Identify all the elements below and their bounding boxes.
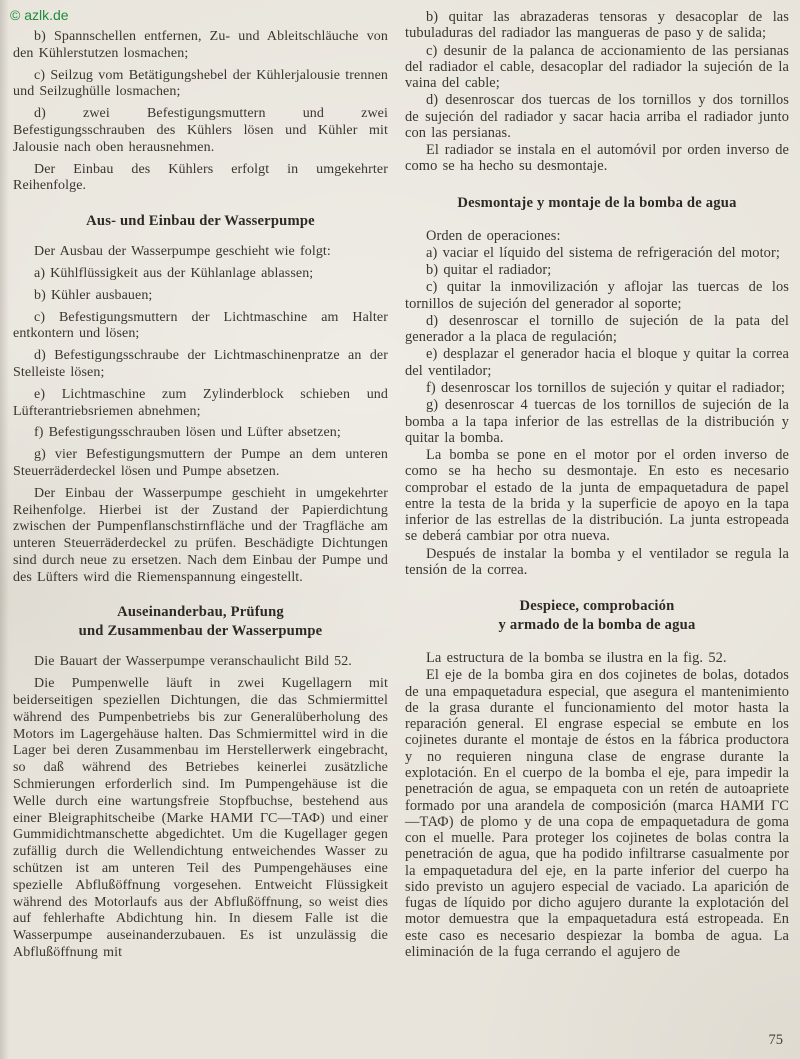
- body-paragraph: c) Befestigungsmuttern der Lichtmaschine…: [13, 310, 388, 344]
- body-paragraph: b) Spannschellen entfernen, Zu- und Able…: [13, 29, 388, 63]
- body-paragraph: g) vier Befestigungsmuttern der Pumpe an…: [13, 447, 388, 481]
- body-paragraph: g) desenroscar 4 tuercas de los tornillo…: [405, 397, 789, 446]
- section-heading: Desmontaje y montaje de la bomba de agua: [411, 194, 783, 213]
- manual-page: © azlk.de b) Spannschellen entfernen, Zu…: [0, 0, 800, 1059]
- section-heading: Aus- und Einbau der Wasserpumpe: [19, 212, 382, 231]
- section-heading: Despiece, comprobación y armado de la bo…: [411, 597, 783, 635]
- body-paragraph: c) quitar la inmovilización y aflojar la…: [405, 279, 789, 312]
- section-heading: Auseinanderbau, Prüfung und Zusammenbau …: [19, 603, 382, 641]
- body-paragraph: b) quitar el radiador;: [405, 262, 789, 278]
- body-paragraph: d) desenroscar el tornillo de sujeción d…: [405, 313, 789, 346]
- body-paragraph: a) vaciar el líquido del sistema de refr…: [405, 245, 789, 261]
- body-paragraph: Der Einbau des Kühlers erfolgt in umgeke…: [13, 162, 388, 196]
- body-paragraph: f) desenroscar los tornillos de sujeción…: [405, 380, 789, 396]
- body-paragraph: f) Befestigungsschrauben lösen und Lüfte…: [13, 425, 388, 442]
- body-paragraph: Después de instalar la bomba y el ventil…: [405, 546, 789, 579]
- body-paragraph: Der Einbau der Wasserpumpe geschieht in …: [13, 486, 388, 587]
- body-paragraph: a) Kühlflüssigkeit aus der Kühlanlage ab…: [13, 266, 388, 283]
- body-paragraph: e) desplazar el generador hacia el bloqu…: [405, 346, 789, 379]
- body-paragraph: Die Pumpenwelle läuft in zwei Kugellager…: [13, 676, 388, 962]
- body-paragraph: Die Bauart der Wasserpumpe veranschaulic…: [13, 654, 388, 671]
- body-paragraph: La bomba se pone en el motor por el orde…: [405, 447, 789, 545]
- page-number: 75: [769, 1032, 784, 1049]
- body-paragraph: El radiador se instala en el automóvil p…: [405, 142, 789, 175]
- body-paragraph: d) desenroscar dos tuercas de los tornil…: [405, 92, 789, 141]
- body-paragraph: d) Befestigungsschraube der Lichtmaschin…: [13, 348, 388, 382]
- body-paragraph: e) Lichtmaschine zum Zylinderblock schie…: [13, 387, 388, 421]
- two-column-text: b) Spannschellen entfernen, Zu- und Able…: [0, 0, 800, 967]
- body-paragraph: b) quitar las abrazaderas tensoras y des…: [405, 9, 789, 42]
- body-paragraph: d) zwei Befestigungsmuttern und zwei Bef…: [13, 106, 388, 156]
- german-column: b) Spannschellen entfernen, Zu- und Able…: [13, 9, 388, 967]
- body-paragraph: Der Ausbau der Wasserpumpe geschieht wie…: [13, 244, 388, 261]
- body-paragraph: Orden de operaciones:: [405, 228, 789, 244]
- body-paragraph: c) desunir de la palanca de accionamient…: [405, 43, 789, 92]
- body-paragraph: b) Kühler ausbauen;: [13, 288, 388, 305]
- body-paragraph: La estructura de la bomba se ilustra en …: [405, 650, 789, 666]
- spanish-column: b) quitar las abrazaderas tensoras y des…: [405, 9, 789, 967]
- body-paragraph: c) Seilzug vom Betätigungshebel der Kühl…: [13, 68, 388, 102]
- body-paragraph: El eje de la bomba gira en dos cojinetes…: [405, 667, 789, 960]
